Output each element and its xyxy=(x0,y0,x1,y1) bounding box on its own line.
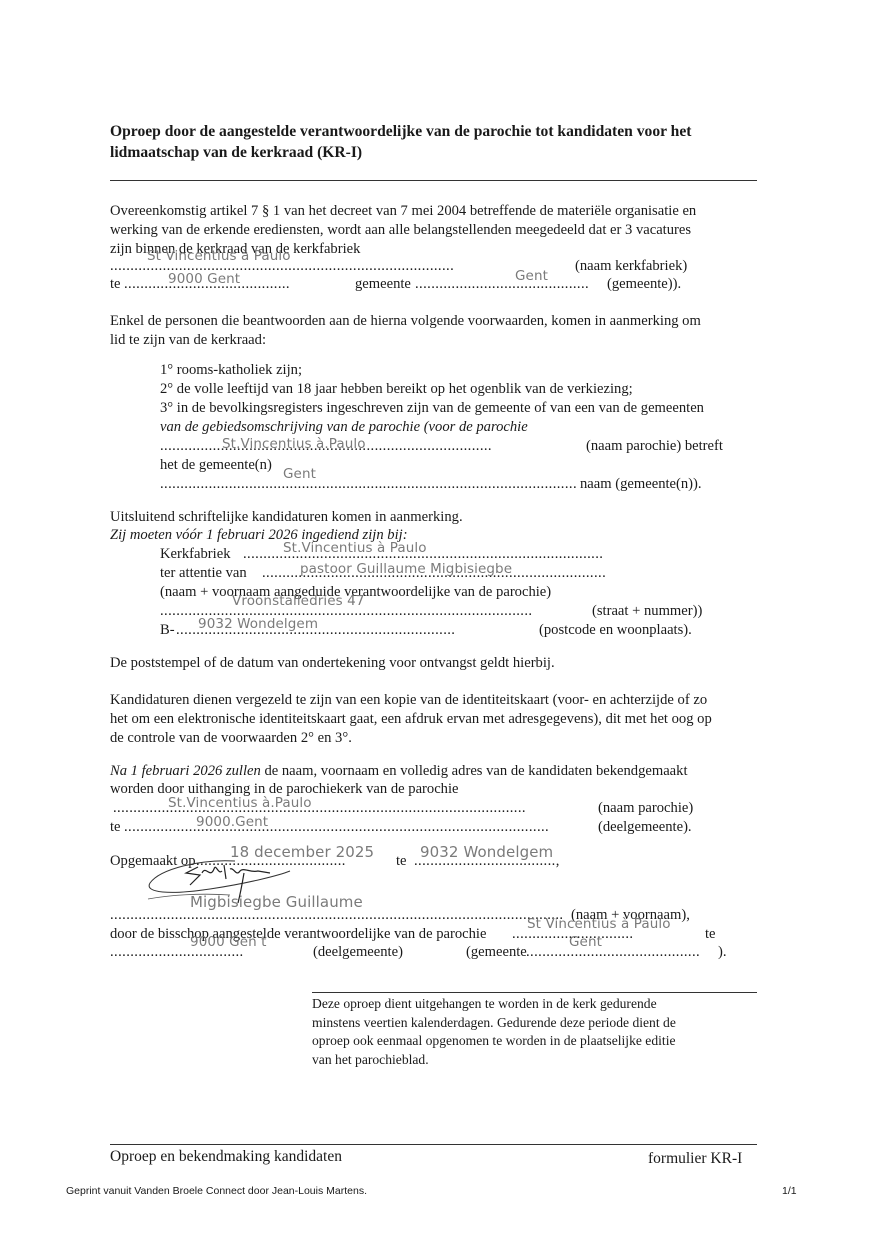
sig-deelgemeente-field[interactable]: 9000 Gen t xyxy=(190,934,267,950)
door-label: door de bisschop aangestelde verantwoord… xyxy=(110,925,486,944)
publication-text: de naam, voornaam en volledig adres van … xyxy=(261,763,688,779)
publication-te-dots: ........................................… xyxy=(124,818,549,837)
sig-deelgemeente-label: (deelgemeente) xyxy=(313,943,403,962)
sig-gemeente-dots: ........................................… xyxy=(526,943,700,962)
publication-date: Na 1 februari 2026 zullen xyxy=(110,763,261,779)
page-number: 1/1 xyxy=(782,1185,797,1197)
footer-divider xyxy=(110,1144,757,1145)
submission-line-1: Uitsluitend schriftelijke kandidaturen k… xyxy=(110,508,463,527)
notice-line-1: Deze oproep dient uitgehangen te worden … xyxy=(312,995,757,1014)
gemeente-dots: ........................................… xyxy=(415,275,589,294)
sig-gemeente-suffix: ). xyxy=(718,943,727,962)
publication-parochie-label: (naam parochie) xyxy=(598,799,693,818)
notice-line-4: van het parochieblad. xyxy=(312,1051,757,1070)
id-card-line-3: de controle van de voorwaarden 2° en 3°. xyxy=(110,729,352,748)
notice-divider xyxy=(312,992,757,993)
gemeente-field[interactable]: Gent xyxy=(515,268,548,284)
kerkfabriek-field-2[interactable]: St.Vincentius à Paulo xyxy=(283,540,427,556)
parochie-field[interactable]: St.Vincentius à.Paulo xyxy=(222,436,366,452)
publication-line-1: Na 1 februari 2026 zullen de naam, voorn… xyxy=(110,762,688,781)
print-info: Geprint vanuit Vanden Broele Connect doo… xyxy=(66,1185,367,1197)
sig-gemeente-field[interactable]: Gent xyxy=(569,934,602,950)
attentie-label: ter attentie van xyxy=(160,564,247,583)
intro-line-1: Overeenkomstig artikel 7 § 1 van het dec… xyxy=(110,202,696,221)
publication-parochie-field[interactable]: St.Vincentius à.Paulo xyxy=(168,795,312,811)
condition-1: 1° rooms-katholiek zijn; xyxy=(160,361,302,380)
sig-gemeente-label: (gemeente xyxy=(466,943,527,962)
gemeente-label: gemeente xyxy=(355,275,411,294)
title-divider xyxy=(110,180,757,181)
condition-3-line-1: 3° in de bevolkingsregisters ingeschreve… xyxy=(160,399,704,418)
condition-3-line-2: van de gebiedsomschrijving van de paroch… xyxy=(160,418,528,437)
publication-deelgemeente-field[interactable]: 9000.Gent xyxy=(196,814,268,830)
notice-line-2: minstens veertien kalenderdagen. Geduren… xyxy=(312,1014,757,1033)
gemeenten-label: naam (gemeente(n)). xyxy=(580,475,702,494)
te-field[interactable]: 9000 Gent xyxy=(168,271,240,287)
postcode-prefix: B- xyxy=(160,621,175,640)
intro-line-2: werking van de erkende erediensten, word… xyxy=(110,221,691,240)
footer-left: Oproep en bekendmaking kandidaten xyxy=(110,1148,342,1166)
postcode-field[interactable]: 9032 Wondelgem xyxy=(198,616,318,632)
publication-te-label: te xyxy=(110,818,121,837)
notice-box: Deze oproep dient uitgehangen te worden … xyxy=(312,995,757,1069)
kerkfabriek-label: (naam kerkfabriek) xyxy=(575,257,687,276)
te-label: te xyxy=(110,275,121,294)
te-label-3: te xyxy=(705,925,716,944)
kerkfabriek-label-2: Kerkfabriek xyxy=(160,545,231,564)
straat-label: (straat + nummer)) xyxy=(592,602,702,621)
id-card-line-2: het om een elektronische identiteitskaar… xyxy=(110,710,712,729)
publication-deelgemeente-label: (deelgemeente). xyxy=(598,818,692,837)
condition-3-line-4: het de gemeente(n) xyxy=(160,456,272,475)
conditions-intro-1: Enkel de personen die beantwoorden aan d… xyxy=(110,312,701,331)
te-label-2: te xyxy=(396,852,407,871)
condition-2: 2° de volle leeftijd van 18 jaar hebben … xyxy=(160,380,633,399)
place-field[interactable]: 9032 Wondelgem xyxy=(420,843,553,861)
notice-line-3: oproep ook eenmaal opgenomen te worden i… xyxy=(312,1032,757,1051)
name-dots: ........................................… xyxy=(110,906,563,925)
parochie-label: (naam parochie) betreft xyxy=(586,437,723,456)
gemeente-suffix: (gemeente)). xyxy=(607,275,681,294)
conditions-intro-2: lid te zijn van de kerkraad: xyxy=(110,331,266,350)
poststempel-text: De poststempel of de datum van onderteke… xyxy=(110,654,555,673)
door-parochie-field[interactable]: St Vincentius à Paulo xyxy=(527,916,671,932)
attentie-field[interactable]: pastoor Guillaume Migbisiegbe xyxy=(300,561,512,577)
document-title: Oproep door de aangestelde verantwoordel… xyxy=(110,121,770,163)
postcode-label: (postcode en woonplaats). xyxy=(539,621,692,640)
kerkfabriek-dots: ........................................… xyxy=(110,257,454,276)
footer-right: formulier KR-I xyxy=(648,1150,742,1168)
gemeenten-dots: ........................................… xyxy=(160,475,577,494)
submission-prefix: Zij moeten vóór xyxy=(110,527,206,543)
id-card-line-1: Kandidaturen dienen vergezeld te zijn va… xyxy=(110,691,707,710)
